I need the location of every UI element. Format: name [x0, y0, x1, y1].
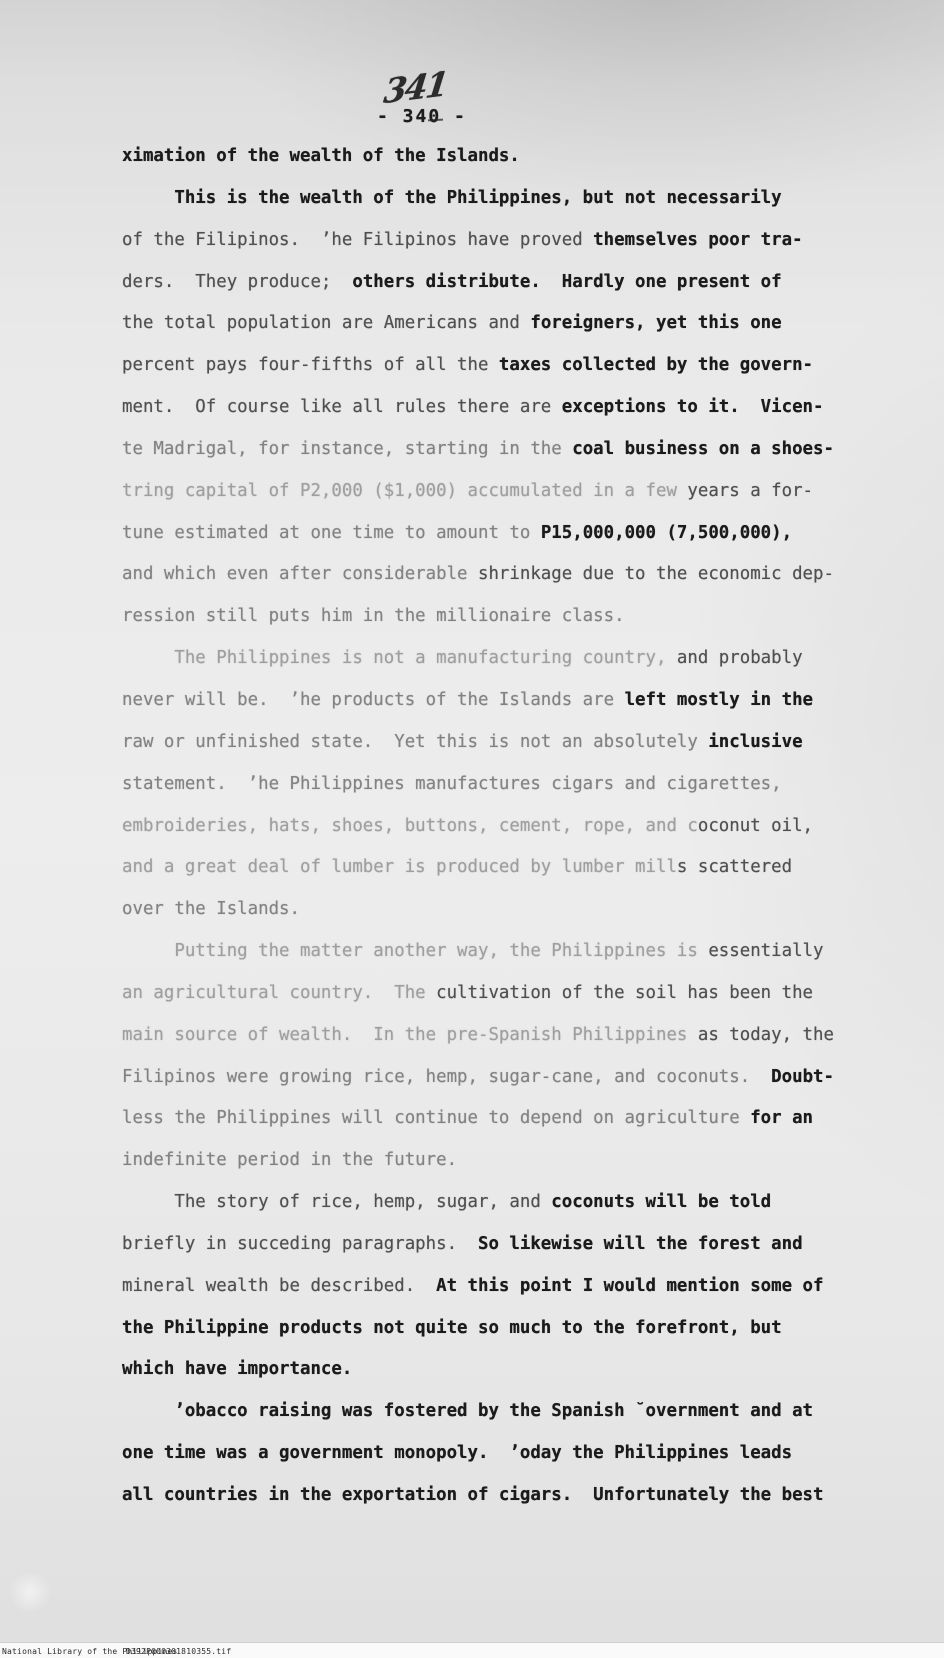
- text-segment: exceptions to it. Vicen-: [562, 397, 824, 417]
- text-line: one time was a government monopoly. ʼoda…: [122, 1443, 882, 1485]
- text-segment: main source of wealth. In the pre-Spanis…: [122, 1025, 698, 1045]
- text-segment: At this point I would mention some of: [436, 1276, 823, 1296]
- text-segment: as today, the: [698, 1025, 834, 1045]
- typed-page-number: - 340 -: [377, 106, 467, 127]
- text-segment: which have importance.: [122, 1359, 352, 1379]
- text-segment: The Philippines is not a manufacturing c…: [122, 648, 677, 668]
- text-line: tune estimated at one time to amount to …: [122, 523, 882, 565]
- text-segment: tring capital of P2,000 ($1,000) accumul…: [122, 481, 687, 501]
- text-segment: over the Islands.: [122, 899, 300, 919]
- text-segment: percent pays four-fifths of all the: [122, 355, 499, 375]
- text-segment: left mostly in the: [625, 690, 813, 710]
- text-line: an agricultural country. The cultivation…: [122, 983, 882, 1025]
- text-segment: P15,000,000 (7,500,000),: [541, 523, 792, 543]
- text-segment: cultivation of the soil has been the: [436, 983, 813, 1003]
- text-segment: and a great deal of lumber is produced b…: [122, 857, 677, 877]
- text-segment: themselves poor tra-: [593, 230, 802, 250]
- text-segment: all countries in the exportation of ciga…: [122, 1485, 824, 1505]
- text-line: indefinite period in the future.: [122, 1150, 882, 1192]
- text-line: Filipinos were growing rice, hemp, sugar…: [122, 1067, 882, 1109]
- text-segment: for an: [750, 1108, 813, 1128]
- text-segment: essentially: [708, 941, 823, 961]
- text-line: statement. ʼhe Philippines manufactures …: [122, 774, 882, 816]
- text-segment: ression still puts him in the millionair…: [122, 606, 625, 626]
- text-line: ximation of the wealth of the Islands.: [122, 146, 882, 188]
- text-line: the total population are Americans and f…: [122, 313, 882, 355]
- text-line: all countries in the exportation of ciga…: [122, 1485, 882, 1527]
- text-segment: taxes collected by the govern-: [499, 355, 813, 375]
- text-line: Putting the matter another way, the Phil…: [122, 941, 882, 983]
- text-line: percent pays four-fifths of all the taxe…: [122, 355, 882, 397]
- text-segment: s scattered: [677, 857, 792, 877]
- text-segment: indefinite period in the future.: [122, 1150, 457, 1170]
- text-line: the Philippine products not quite so muc…: [122, 1318, 882, 1360]
- text-line: main source of wealth. In the pre-Spanis…: [122, 1025, 882, 1067]
- text-segment: and which even after considerable: [122, 564, 478, 584]
- text-segment: others distribute. Hardly one present of: [352, 272, 781, 292]
- text-line: ression still puts him in the millionair…: [122, 606, 882, 648]
- text-segment: coconuts will be told: [551, 1192, 771, 1212]
- text-segment: foreigners, yet this one: [530, 313, 781, 333]
- handwritten-page-number: 341: [382, 64, 449, 112]
- text-segment: an agricultural country. The: [122, 983, 436, 1003]
- text-line: over the Islands.: [122, 899, 882, 941]
- text-line: ʼobacco raising was fostered by the Span…: [122, 1401, 882, 1443]
- text-segment: and probably: [677, 648, 803, 668]
- text-segment: So likewise will the forest and: [478, 1234, 803, 1254]
- text-line: never will be. ʼhe products of the Islan…: [122, 690, 882, 732]
- text-line: embroideries, hats, shoes, buttons, ceme…: [122, 816, 882, 858]
- text-line: ders. They produce; others distribute. H…: [122, 272, 882, 314]
- text-segment: Filipinos were growing rice, hemp, sugar…: [122, 1067, 771, 1087]
- text-line: te Madrigal, for instance, starting in t…: [122, 439, 882, 481]
- scan-footer: National Library of the Philippines D392…: [0, 1642, 944, 1658]
- text-segment: coal business on a shoes-: [572, 439, 834, 459]
- text-line: mineral wealth be described. At this poi…: [122, 1276, 882, 1318]
- text-segment: never will be. ʼhe products of the Islan…: [122, 690, 625, 710]
- scan-filename: D392P000301810355.tif: [126, 1647, 231, 1656]
- text-line: tring capital of P2,000 ($1,000) accumul…: [122, 481, 882, 523]
- text-segment: the total population are Americans and: [122, 313, 530, 333]
- text-segment: Doubt-: [771, 1067, 834, 1087]
- text-line: The story of rice, hemp, sugar, and coco…: [122, 1192, 882, 1234]
- text-segment: ximation of the wealth of the Islands.: [122, 146, 520, 166]
- document-body: ximation of the wealth of the Islands. T…: [122, 146, 882, 1527]
- text-segment: mineral wealth be described.: [122, 1276, 436, 1296]
- text-line: This is the wealth of the Philippines, b…: [122, 188, 882, 230]
- text-line: The Philippines is not a manufacturing c…: [122, 648, 882, 690]
- text-segment: te Madrigal, for instance, starting in t…: [122, 439, 572, 459]
- text-line: of the Filipinos. ʼhe Filipinos have pro…: [122, 230, 882, 272]
- text-segment: The story of rice, hemp, sugar, and: [122, 1192, 551, 1212]
- text-segment: one time was a government monopoly. ʼoda…: [122, 1443, 792, 1463]
- text-segment: statement. ʼhe Philippines manufactures …: [122, 774, 782, 794]
- text-line: and a great deal of lumber is produced b…: [122, 857, 882, 899]
- text-segment: briefly in succeding paragraphs.: [122, 1234, 478, 1254]
- text-segment: Putting the matter another way, the Phil…: [122, 941, 708, 961]
- text-line: briefly in succeding paragraphs. So like…: [122, 1234, 882, 1276]
- text-segment: shrinkage due to the economic dep-: [478, 564, 834, 584]
- text-segment: This is the wealth of the Philippines, b…: [122, 188, 782, 208]
- text-segment: years a for-: [687, 481, 813, 501]
- text-line: raw or unfinished state. Yet this is not…: [122, 732, 882, 774]
- text-line: less the Philippines will continue to de…: [122, 1108, 882, 1150]
- text-segment: ders. They produce;: [122, 272, 352, 292]
- text-line: which have importance.: [122, 1359, 882, 1401]
- text-segment: ment. Of course like all rules there are: [122, 397, 562, 417]
- text-segment: inclusive: [708, 732, 802, 752]
- scanned-document-page: 341 - 340 - ximation of the wealth of th…: [0, 0, 944, 1658]
- text-segment: the Philippine products not quite so muc…: [122, 1318, 782, 1338]
- text-segment: less the Philippines will continue to de…: [122, 1108, 750, 1128]
- text-segment: embroideries, hats, shoes, buttons, ceme…: [122, 816, 698, 836]
- text-segment: ʼobacco raising was fostered by the Span…: [122, 1401, 813, 1421]
- text-segment: raw or unfinished state. Yet this is not…: [122, 732, 708, 752]
- text-line: and which even after considerable shrink…: [122, 564, 882, 606]
- text-segment: tune estimated at one time to amount to: [122, 523, 541, 543]
- text-segment: oconut oil,: [698, 816, 813, 836]
- text-line: ment. Of course like all rules there are…: [122, 397, 882, 439]
- text-segment: of the Filipinos. ʼhe Filipinos have pro…: [122, 230, 593, 250]
